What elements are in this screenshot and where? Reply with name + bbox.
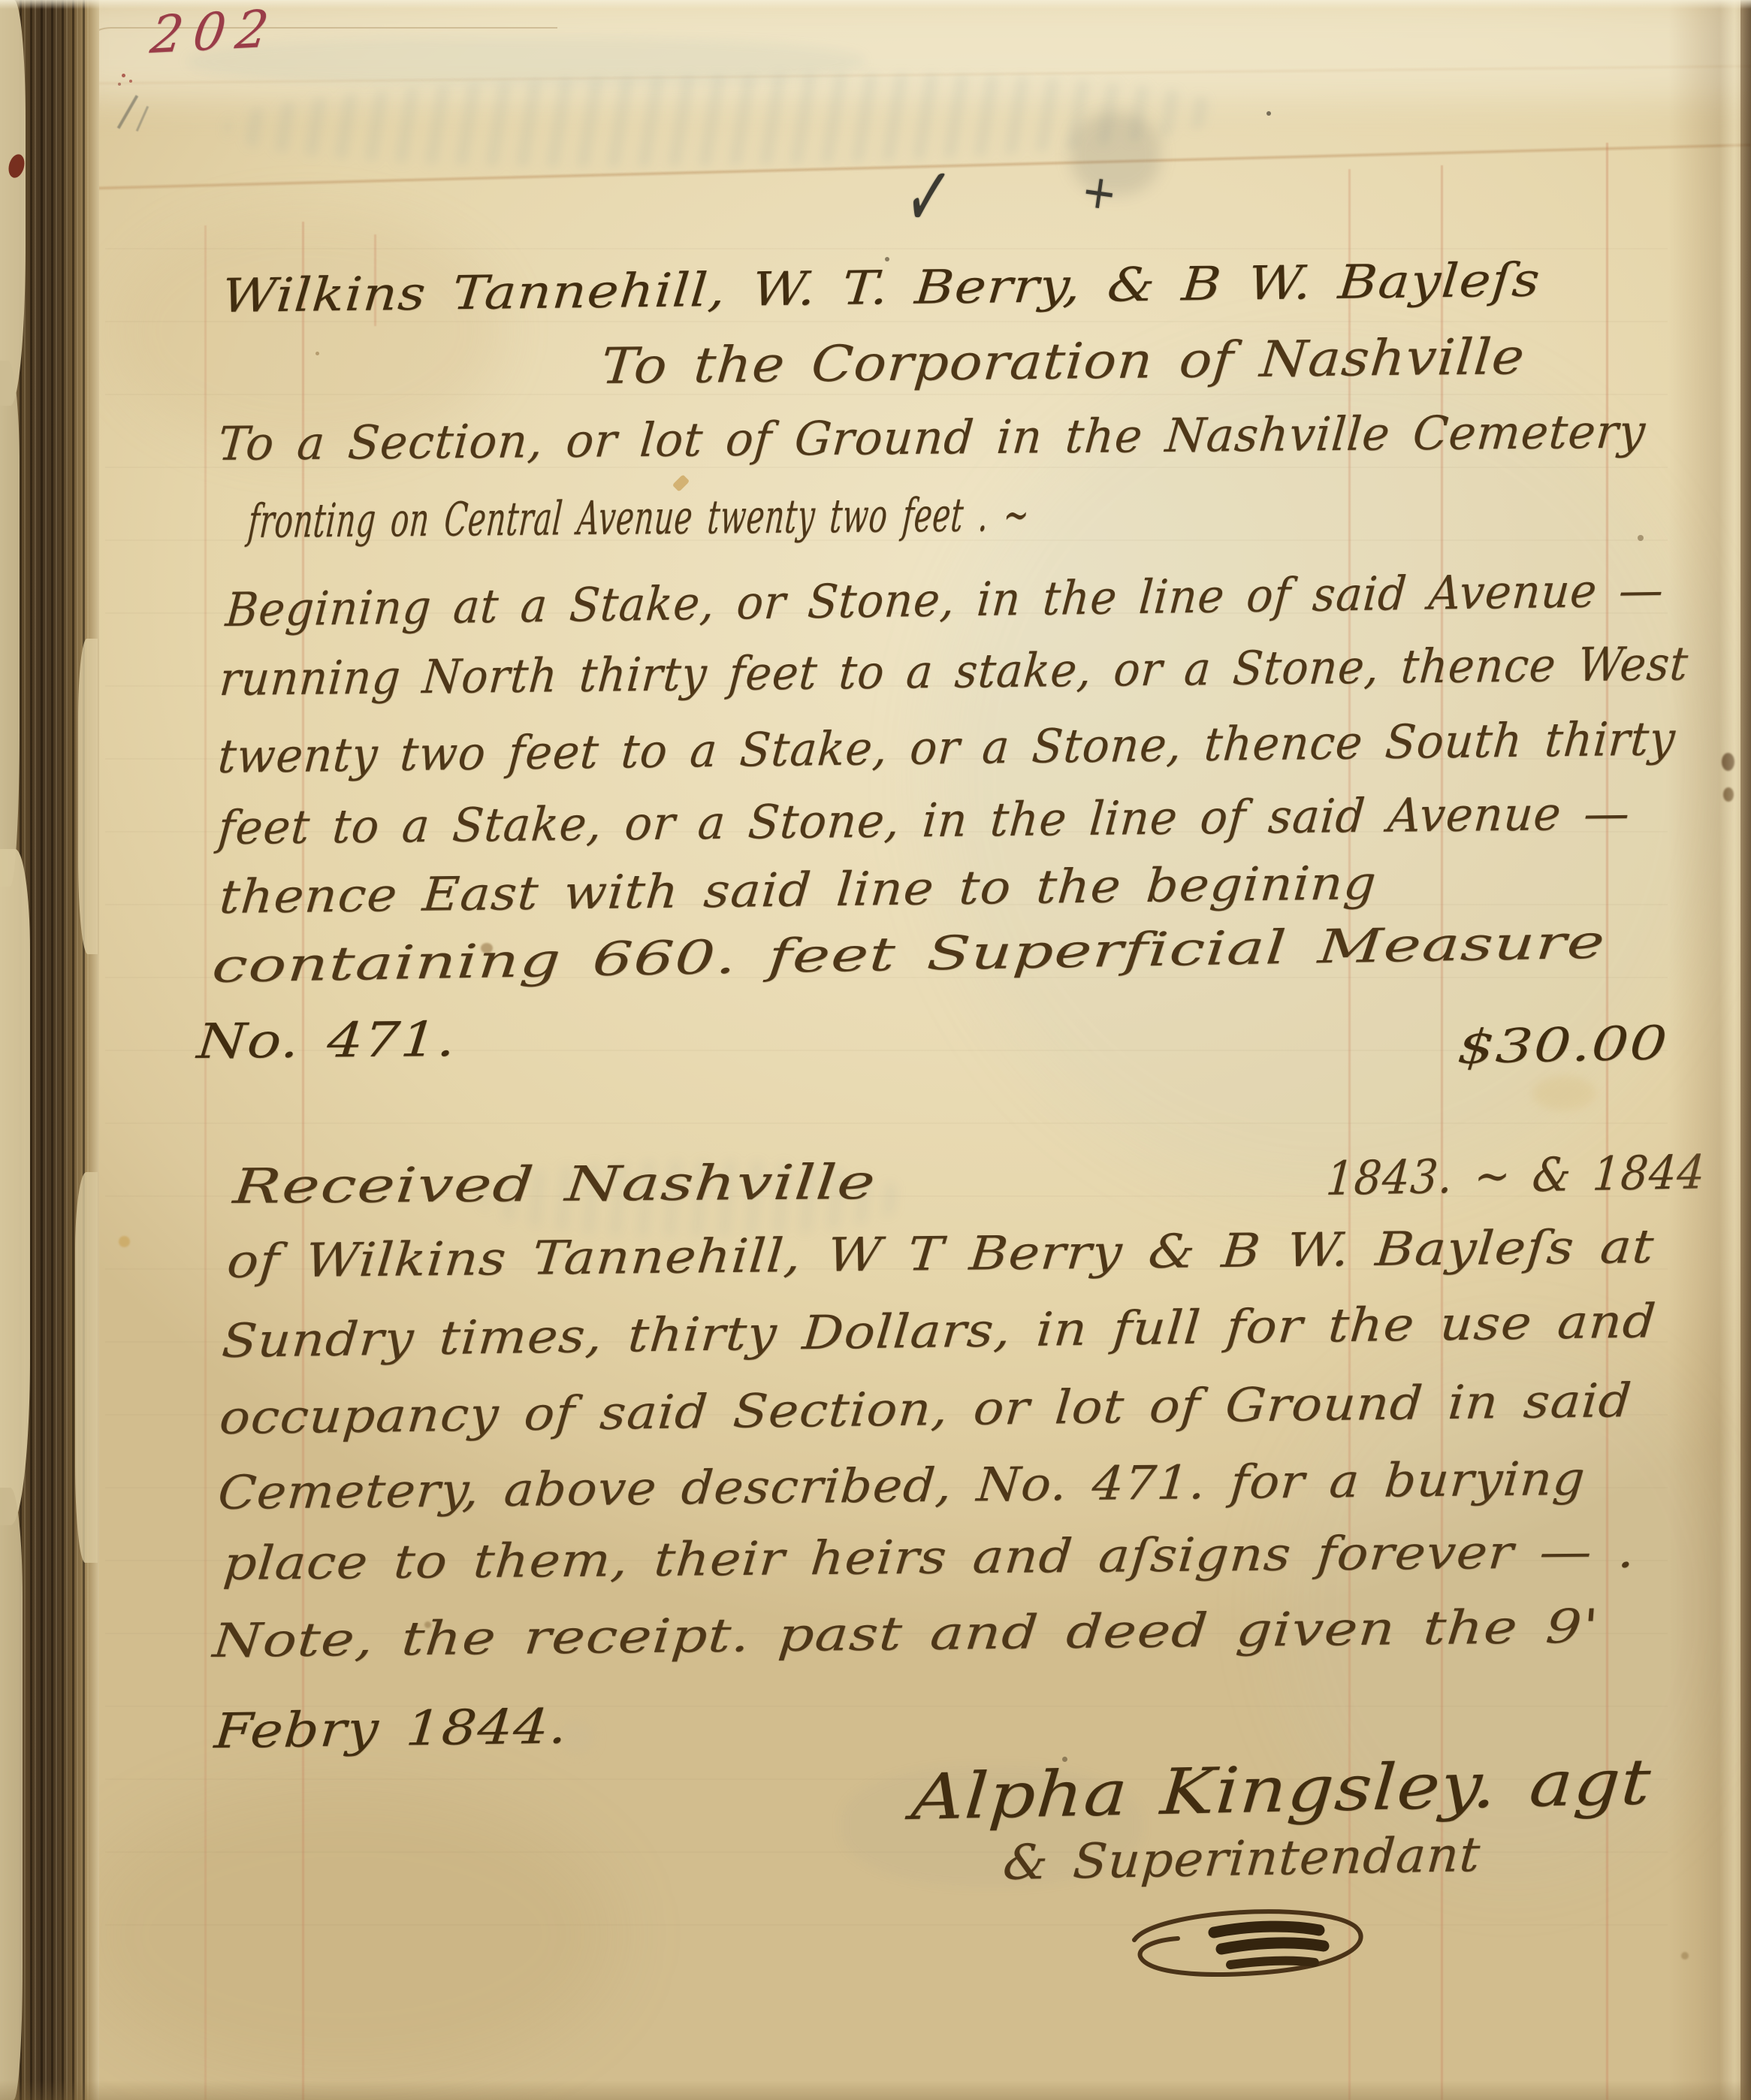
signature-title: & Superintendant — [1001, 1827, 1482, 1891]
torn-paper-edge — [0, 361, 20, 887]
manuscript-grantee-line: To the Corporation of Nashville — [599, 328, 1527, 395]
paper-stain — [75, 1788, 616, 2081]
receipt-line: occupancy of said Section, or lot of Gro… — [218, 1373, 1634, 1445]
received-line: Received Nashville — [231, 1155, 878, 1215]
ledger-page-scan: ✓ + 202 Wilkins Tannehill, W. T. Berry, … — [0, 0, 1751, 2100]
stain-patch — [1532, 1076, 1596, 1110]
manuscript-line: twenty two feet to a Stake, or a Stone, … — [216, 711, 1677, 784]
manuscript-grantors-line: Wilkins Tannehill, W. T. Berry, & B W. B… — [220, 252, 1542, 324]
page-number: 202 — [147, 0, 282, 65]
manuscript-line: feet to a Stake, or a Stone, in the line… — [216, 785, 1632, 855]
page-corner-impression — [75, 27, 557, 134]
amount: $30.00 — [1456, 1015, 1670, 1074]
receipt-line: Cemetery, above described, No. 471. for … — [216, 1451, 1588, 1520]
red-rule-left-1 — [204, 225, 207, 2100]
receipt-date-line: Febry 1844. — [213, 1699, 569, 1760]
foxing-spot — [119, 1236, 130, 1247]
page-stack-striations — [20, 0, 89, 2100]
foxing-spot — [315, 352, 319, 355]
lot-number: No. 471. — [195, 1012, 458, 1070]
ink-speck — [1638, 535, 1644, 541]
signature-name: Alpha Kingsley. agt — [909, 1745, 1653, 1834]
receipt-line: Note, the receipt. past and deed given t… — [211, 1599, 1601, 1668]
signature-flourish — [1103, 1893, 1381, 1982]
manuscript-line: To a Section, or lot of Ground in the Na… — [216, 403, 1648, 471]
check-mark: ✓ — [901, 144, 956, 249]
receipt-line: place to them, their heirs and aſsigns f… — [222, 1524, 1638, 1591]
manuscript-line: running North thirty feet to a stake, or… — [218, 636, 1691, 706]
manuscript-line: fronting on Central Avenue twenty two fe… — [246, 487, 1032, 548]
manuscript-line: containing 660. feet Superficial Measure — [210, 914, 1608, 993]
book-binding-spine — [0, 0, 99, 2100]
manuscript-line: Begining at a Stake, or Stone, in the li… — [224, 562, 1666, 637]
page-curl-shadow — [1668, 0, 1751, 2100]
scan-bottom-edge — [0, 2080, 1751, 2100]
page-edge-strip — [1740, 0, 1751, 2100]
plus-mark: + — [1078, 164, 1120, 222]
received-years: 1843. ~ & 1844 — [1324, 1144, 1707, 1206]
manuscript-line: thence East with said line to the begini… — [218, 855, 1379, 924]
ink-speck — [1266, 111, 1271, 116]
scan-top-edge — [0, 0, 1751, 9]
